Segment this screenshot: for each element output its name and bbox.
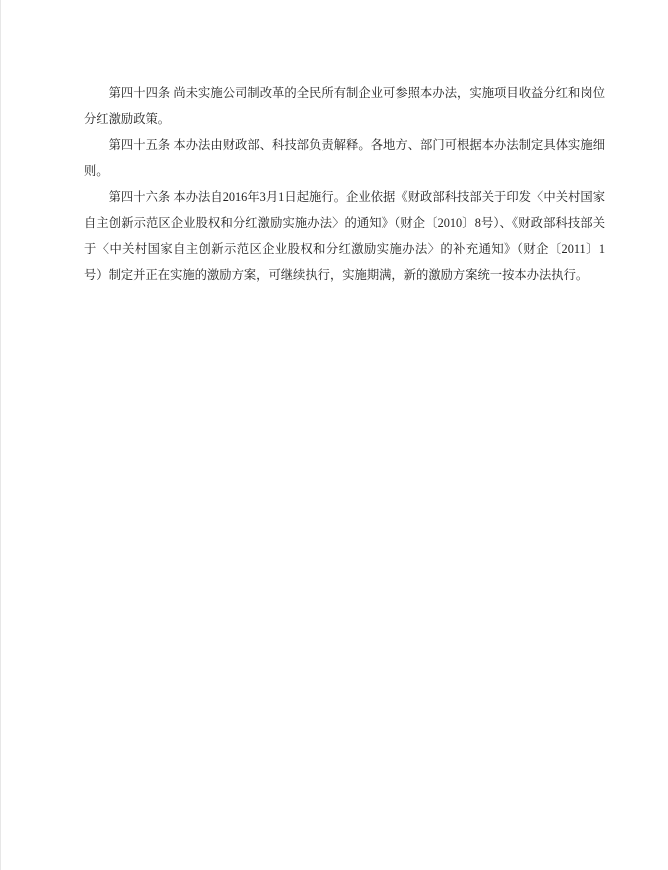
document-page: 第四十四条 尚未实施公司制改革的全民所有制企业可参照本办法，实施项目收益分红和岗… bbox=[0, 0, 668, 870]
paragraph-article-45: 第四十五条 本办法由财政部、科技部负责解释。各地方、部门可根据本办法制定具体实施… bbox=[84, 132, 605, 184]
page-left-edge bbox=[0, 0, 1, 870]
paragraph-article-44: 第四十四条 尚未实施公司制改革的全民所有制企业可参照本办法，实施项目收益分红和岗… bbox=[84, 80, 605, 132]
paragraph-article-46: 第四十六条 本办法自2016年3月1日起施行。企业依据《财政部科技部关于印发〈中… bbox=[84, 184, 605, 288]
document-body: 第四十四条 尚未实施公司制改革的全民所有制企业可参照本办法，实施项目收益分红和岗… bbox=[84, 80, 605, 288]
